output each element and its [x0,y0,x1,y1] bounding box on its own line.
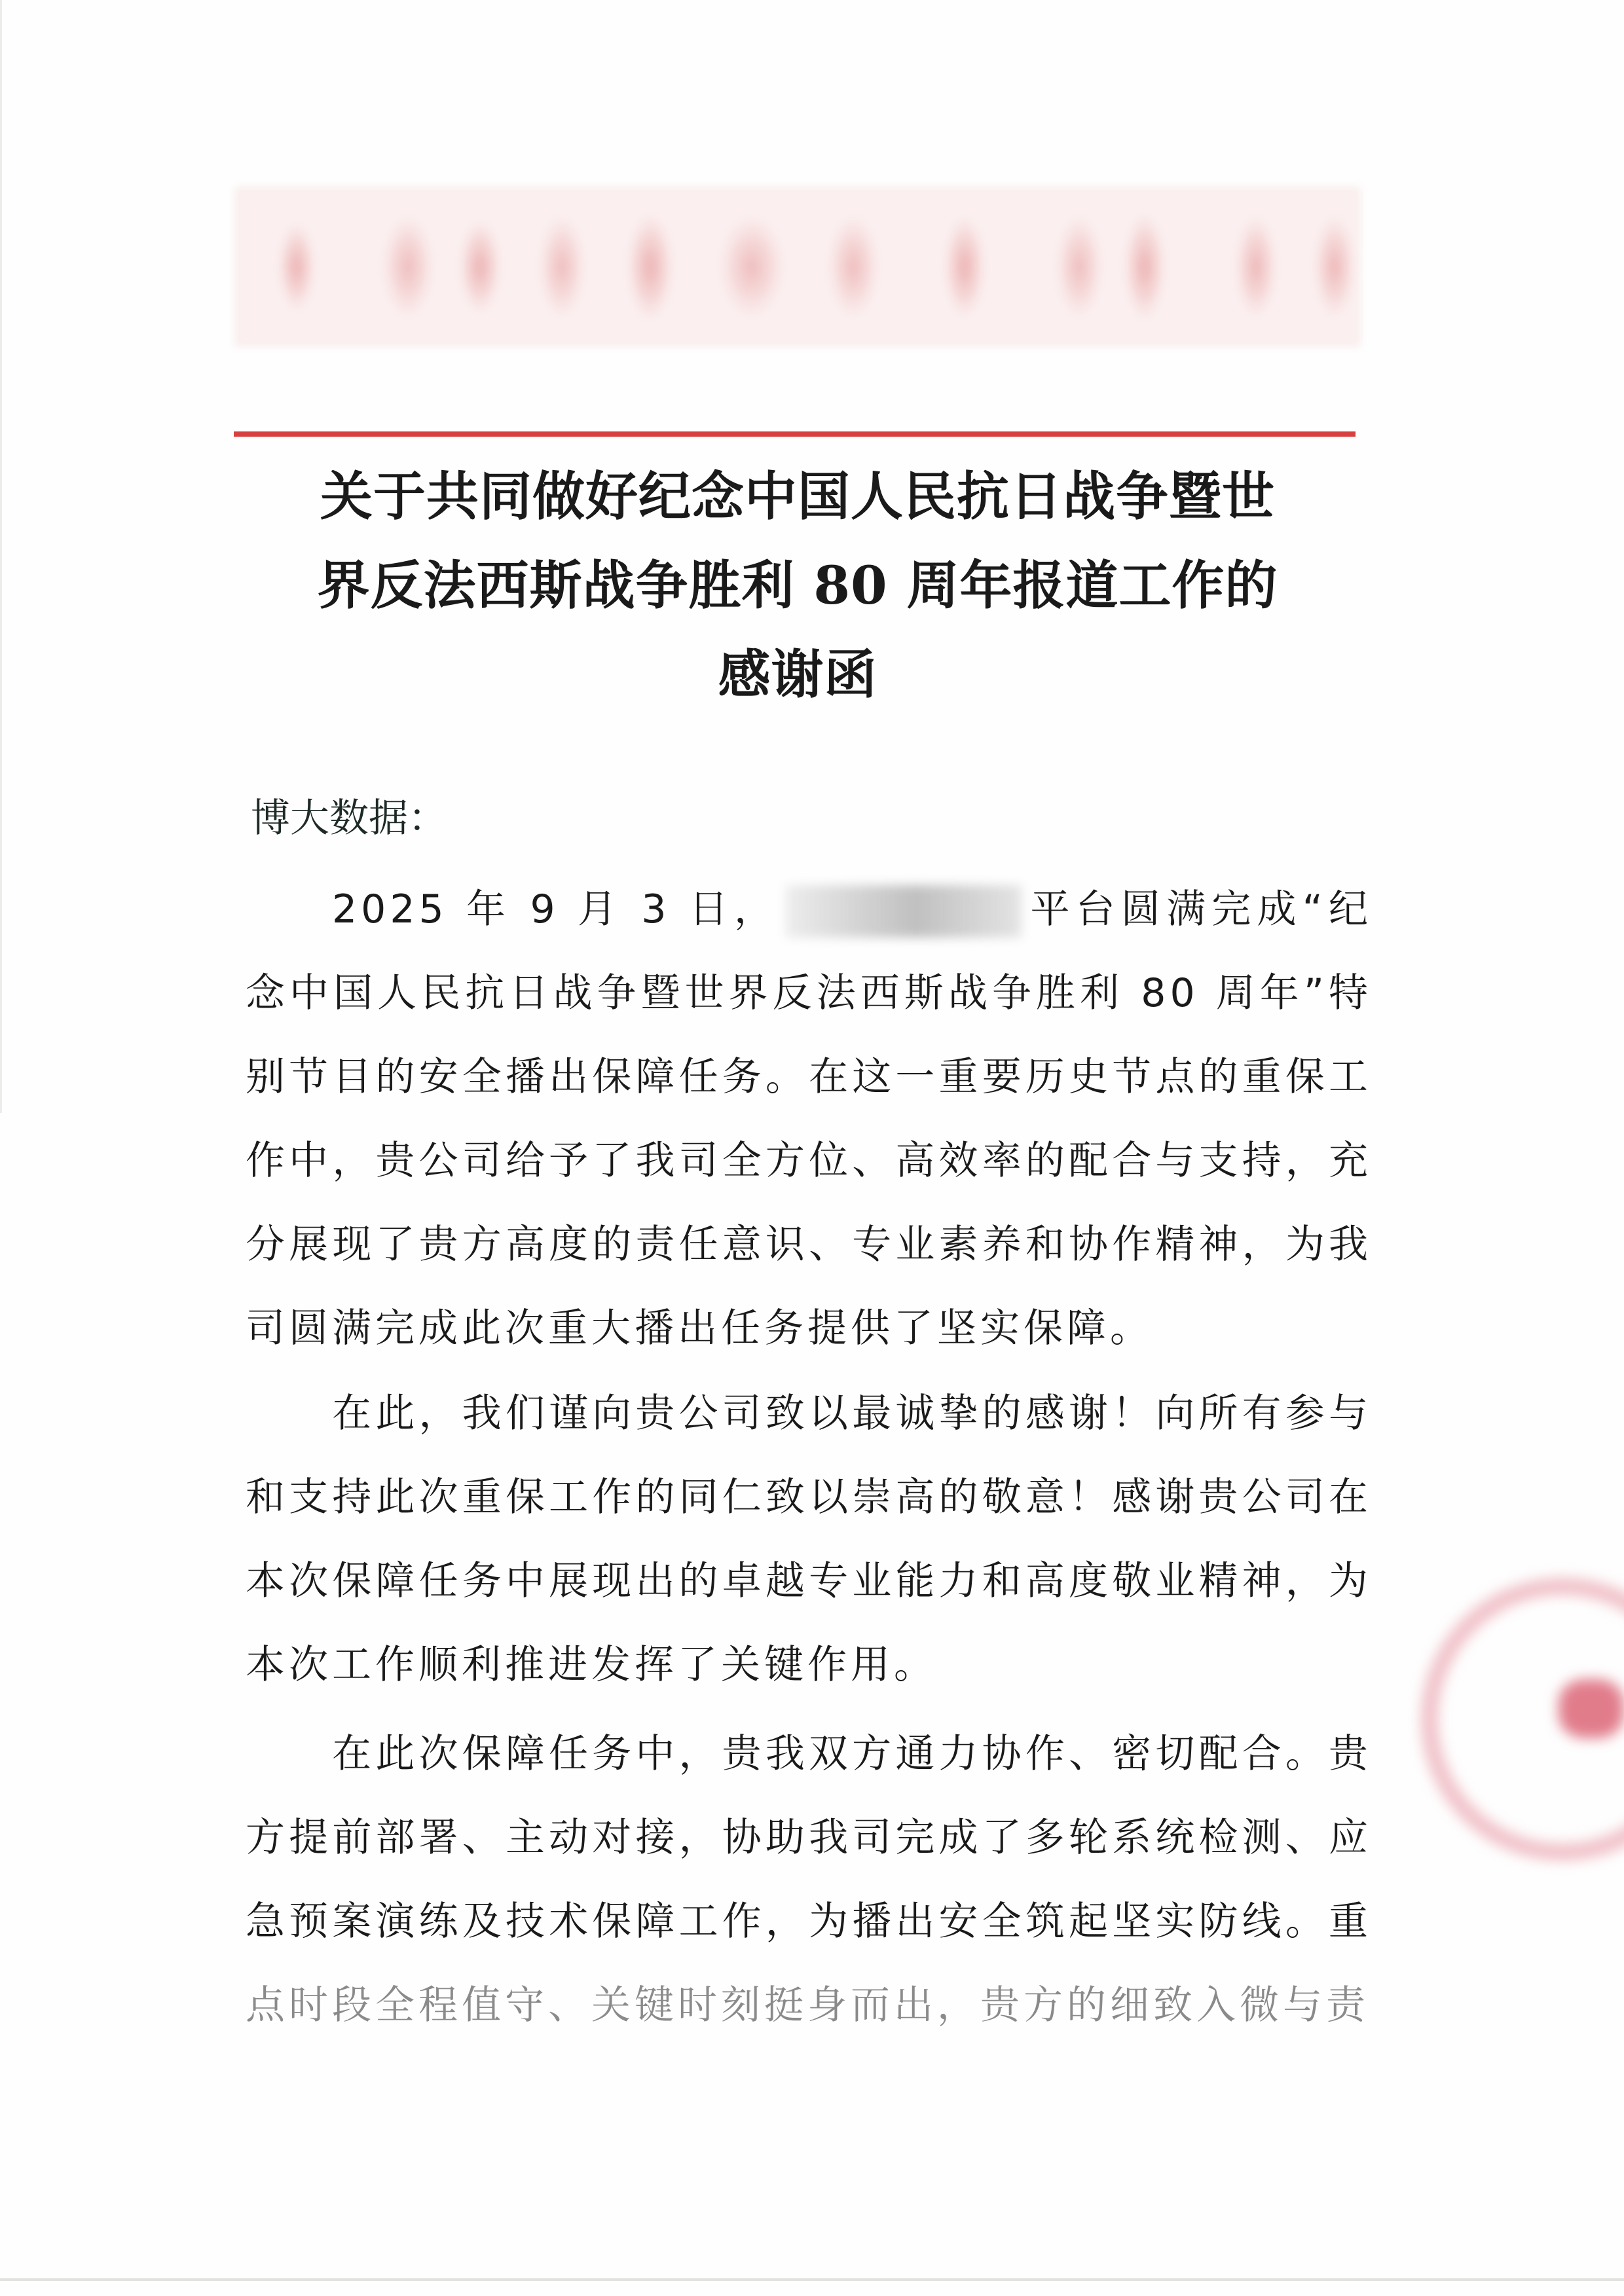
title-line-1: 关于共同做好纪念中国人民抗日战争暨世 [234,452,1361,541]
title-line-2: 界反法西斯战争胜利 80 周年报道工作的 [234,541,1361,630]
scan-bottom-edge [0,2278,1624,2281]
paragraph-2: 在此，我们谨向贵公司致以最诚挚的感谢！向所有参与和支持此次重保工作的同仁致以崇高… [246,1372,1372,1707]
salutation: 博大数据： [251,792,447,845]
redacted-letterhead [234,187,1361,347]
redacted-platform-name [786,885,1022,938]
paragraph-1: 2025 年 9 月 3 日，平台圆满完成“纪念中国人民抗日战争暨世界反法西斯战… [246,867,1372,1370]
scan-left-edge [0,0,2,1113]
red-header-rule [234,431,1356,437]
paragraph-1-text: 平台圆满完成“纪念中国人民抗日战争暨世界反法西斯战争胜利 80 周年”特别节目的… [246,886,1372,1351]
paragraph-3-faded-text: 点时段全程值守、关键时刻挺身而出，贵方的细致入微与责 [246,1982,1369,2028]
paragraph-2-text: 在此，我们谨向贵公司致以最诚挚的感谢！向所有参与和支持此次重保工作的同仁致以崇高… [246,1391,1372,1688]
seal-star-icon [1559,1679,1624,1738]
document-title: 关于共同做好纪念中国人民抗日战争暨世 界反法西斯战争胜利 80 周年报道工作的 … [234,452,1361,719]
paragraph-3: 在此次保障任务中，贵我双方通力协作、密切配合。贵方提前部署、主动对接，协助我司完… [246,1712,1372,2047]
paragraph-3-text: 在此次保障任务中，贵我双方通力协作、密切配合。贵方提前部署、主动对接，协助我司完… [246,1731,1372,1944]
paragraph-1-date: 2025 年 9 月 3 日， [332,886,779,932]
title-line-3: 感谢函 [234,630,1361,719]
